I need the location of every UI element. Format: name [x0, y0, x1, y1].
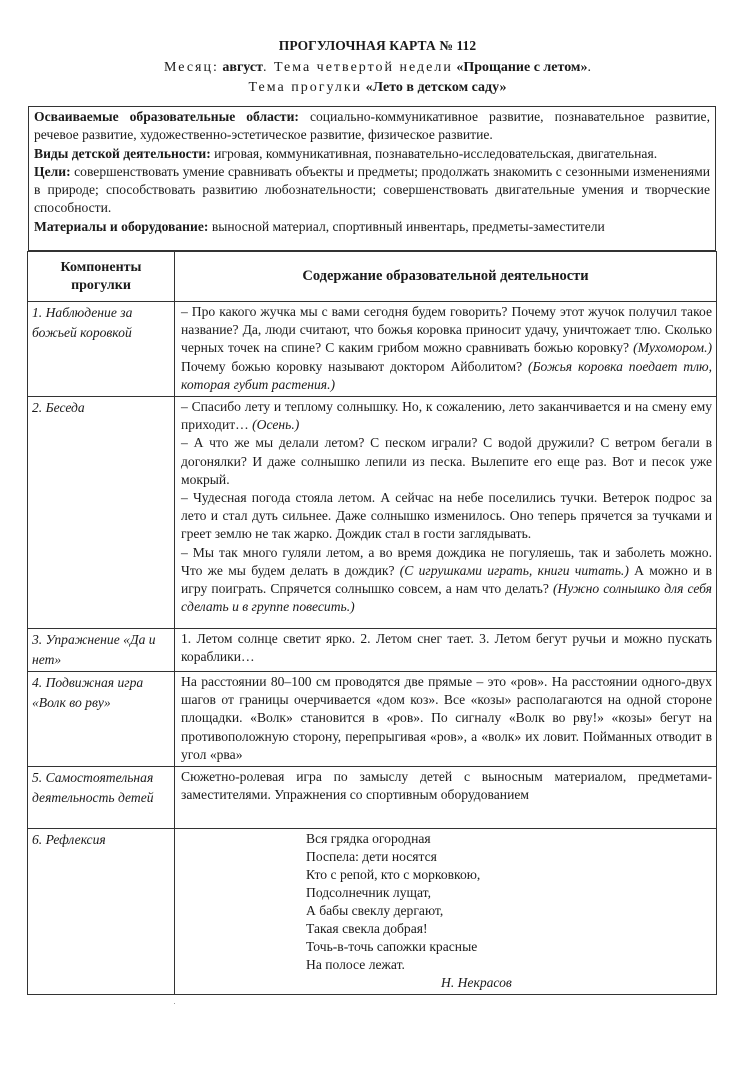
table-header-row: Компоненты прогулки Содержание образоват… — [28, 252, 717, 302]
dialogue-paragraph: – Спасибо лету и теплому солнышку. Но, к… — [181, 398, 712, 434]
poem-line: Вся грядка огородная — [306, 830, 712, 848]
italic-answer: (Мухомором.) — [633, 340, 712, 355]
component-cell: 2. Беседа — [28, 397, 175, 629]
table-row: 4. Подвижная игра «Волк во рву» На расст… — [28, 672, 717, 767]
poem-line: Такая свекла добрая! — [306, 920, 712, 938]
poem-line: На полосе лежат. — [306, 956, 712, 974]
text-run: Сюжетно-ролевая игра по замыслу детей с … — [181, 769, 712, 802]
table-body: 1. Наблюдение за божьей коровкой – Про к… — [28, 302, 717, 995]
poem-line: Поспела: дети носятся — [306, 848, 712, 866]
text-run: Почему божью коровку называют доктором А… — [181, 359, 528, 374]
walk-theme-label: Тема прогулки — [249, 80, 363, 95]
page-title: ПРОГУЛОЧНАЯ КАРТА № 112 — [0, 38, 755, 54]
info-box: Осваиваемые образовательные области: соц… — [28, 106, 716, 251]
educational-areas-label: Осваиваемые образовательные области: — [34, 109, 299, 124]
dialogue-paragraph: – А что же мы делали летом? С песком игр… — [181, 434, 712, 489]
component-cell: 3. Упражнение «Да и нет» — [28, 629, 175, 672]
component-cell: 6. Рефлексия — [28, 829, 175, 995]
poem: Вся грядка огороднаяПоспела: дети носятс… — [181, 830, 712, 974]
dialogue-paragraph: – Чудесная погода стояла летом. А сейчас… — [181, 489, 712, 544]
materials: Материалы и оборудование: выносной матер… — [34, 218, 710, 236]
scan-speck — [174, 1003, 175, 1004]
poem-line: А бабы свеклу дергают, — [306, 902, 712, 920]
walk-components-table: Компоненты прогулки Содержание образоват… — [27, 251, 717, 995]
text-run: На расстоянии 80–100 см проводятся две п… — [181, 674, 712, 762]
goals-text: совершенствовать умение сравнивать объек… — [34, 164, 710, 216]
poem-line: Подсолнечник лущат, — [306, 884, 712, 902]
content-cell: Сюжетно-ролевая игра по замыслу детей с … — [175, 767, 717, 829]
month-and-week-theme: Месяц: август. Тема четвертой недели «Пр… — [0, 60, 755, 76]
table-row: 6. Рефлексия Вся грядка огороднаяПоспела… — [28, 829, 717, 995]
poem-line: Кто с репой, кто с морковкою, — [306, 866, 712, 884]
table-row: 3. Упражнение «Да и нет» 1. Летом солнце… — [28, 629, 717, 672]
italic-answer: (Осень.) — [252, 417, 299, 432]
text-run: – А что же мы делали летом? С песком игр… — [181, 435, 712, 486]
component-cell: 1. Наблюдение за божьей коровкой — [28, 302, 175, 397]
text-run: – Чудесная погода стояла летом. А сейчас… — [181, 490, 712, 541]
header-content: Содержание образовательной деятельности — [175, 252, 717, 302]
italic-answer: (С игрушками играть, книги читать.) — [400, 563, 629, 578]
table-row: 5. Самостоятельная деятельность детей Сю… — [28, 767, 717, 829]
table-row: 2. Беседа – Спасибо лету и теплому солны… — [28, 397, 717, 629]
materials-label: Материалы и оборудование: — [34, 219, 208, 234]
poem-cell: Вся грядка огороднаяПоспела: дети носятс… — [175, 829, 717, 995]
month-label: Месяц: — [164, 60, 219, 75]
poem-author: Н. Некрасов — [181, 974, 712, 992]
component-cell: 4. Подвижная игра «Волк во рву» — [28, 672, 175, 767]
poem-line: Точь-в-точь сапожки красные — [306, 938, 712, 956]
component-cell: 5. Самостоятельная деятельность детей — [28, 767, 175, 829]
activity-types-text: игровая, коммуникативная, познавательно-… — [214, 146, 657, 161]
content-cell: – Про какого жучка мы с вами сегодня буд… — [175, 302, 717, 397]
header-components: Компоненты прогулки — [28, 252, 175, 302]
goals: Цели: совершенствовать умение сравнивать… — [34, 163, 710, 218]
text-run: 1. Летом солнце светит ярко. 2. Летом сн… — [181, 631, 712, 664]
activity-types: Виды детской деятельности: игровая, комм… — [34, 145, 710, 163]
content-cell: На расстоянии 80–100 см проводятся две п… — [175, 672, 717, 767]
document-page: ПРОГУЛОЧНАЯ КАРТА № 112 Месяц: август. Т… — [0, 0, 755, 1080]
week-theme-label: . Тема четвертой недели — [263, 60, 453, 75]
goals-label: Цели: — [34, 164, 71, 179]
dialogue-paragraph: – Мы так много гуляли летом, а во время … — [181, 544, 712, 617]
content-cell: 1. Летом солнце светит ярко. 2. Летом сн… — [175, 629, 717, 672]
walk-theme: Тема прогулки «Лето в детском саду» — [0, 80, 755, 96]
table-row: 1. Наблюдение за божьей коровкой – Про к… — [28, 302, 717, 397]
content-cell: – Спасибо лету и теплому солнышку. Но, к… — [175, 397, 717, 629]
week-theme-value: «Прощание с летом» — [456, 60, 587, 75]
month-value: август — [222, 60, 263, 75]
materials-text: выносной материал, спортивный инвентарь,… — [212, 219, 605, 234]
walk-theme-value: «Лето в детском саду» — [366, 80, 507, 95]
activity-types-label: Виды детской деятельности: — [34, 146, 211, 161]
educational-areas: Осваиваемые образовательные области: соц… — [34, 108, 710, 145]
